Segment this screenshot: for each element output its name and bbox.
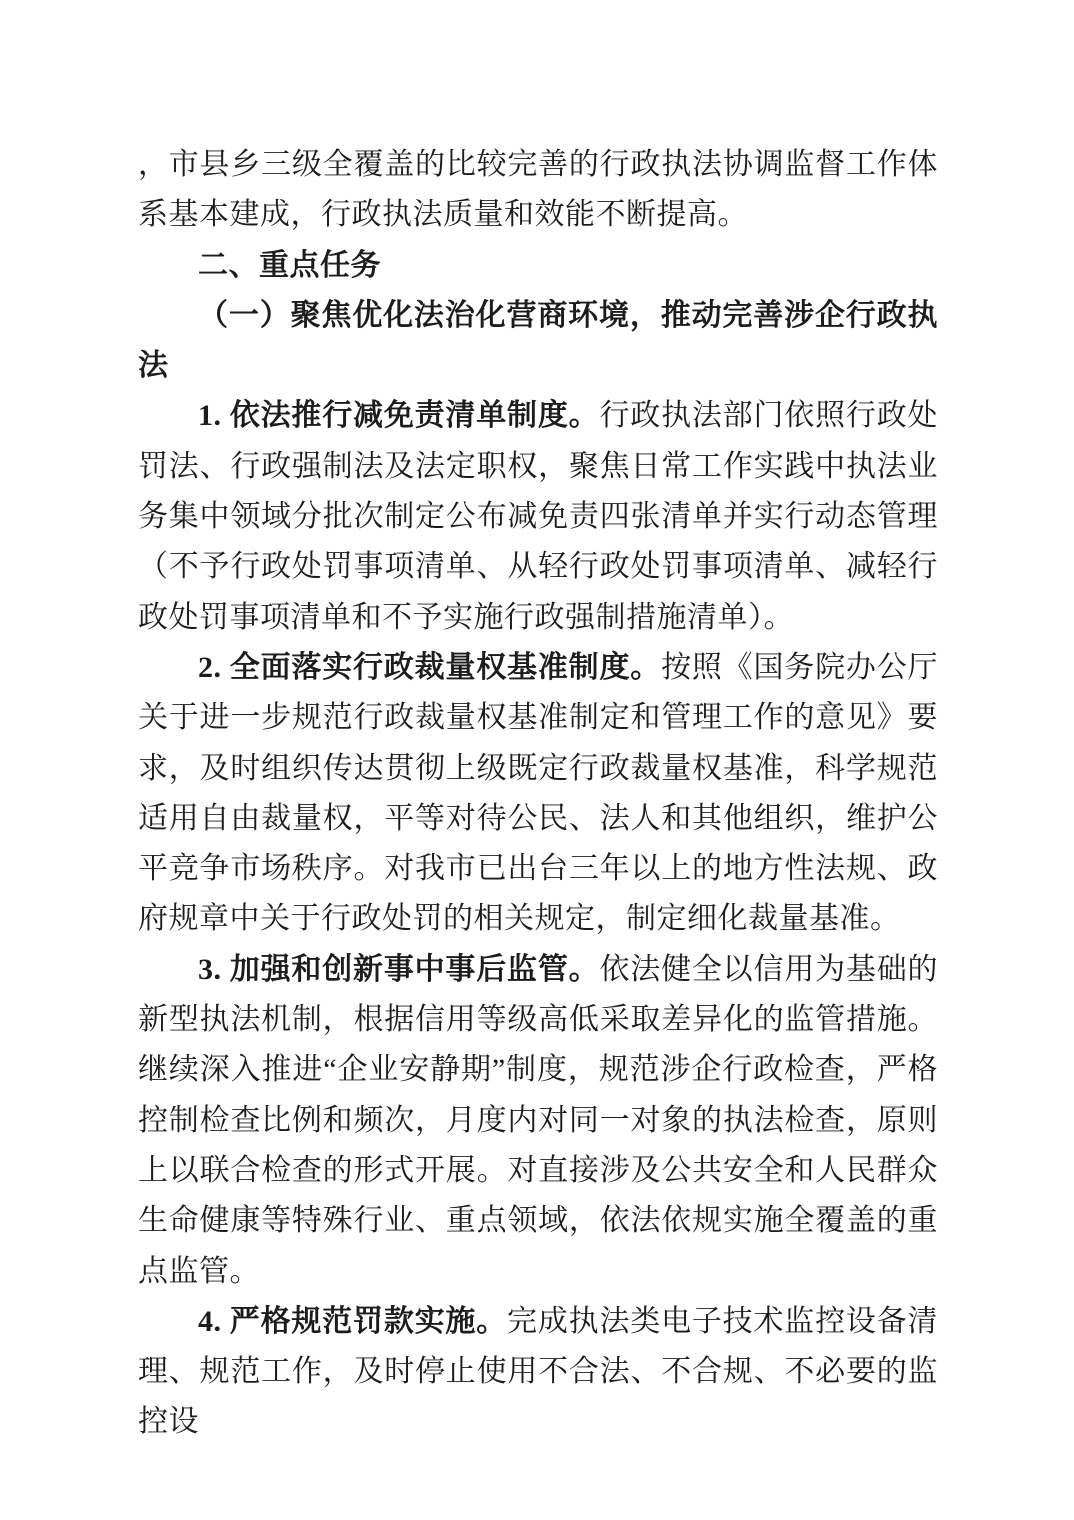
section-heading: 二、重点任务: [138, 241, 938, 291]
numbered-item-4: 4. 严格规范罚款实施。完成执法类电子技术监控设备清理、规范工作，及时停止使用不…: [138, 1297, 938, 1448]
numbered-item-3: 3. 加强和创新事中事后监管。依法健全以信用为基础的新型执法机制，根据信用等级高…: [138, 945, 938, 1297]
document-page: ，市县乡三级全覆盖的比较完善的行政执法协调监督工作体系基本建成，行政执法质量和效…: [0, 0, 1074, 1520]
document-content: ，市县乡三级全覆盖的比较完善的行政执法协调监督工作体系基本建成，行政执法质量和效…: [138, 140, 938, 1448]
numbered-item-3-lead: 3. 加强和创新事中事后监管。: [198, 953, 599, 986]
numbered-item-2-lead: 2. 全面落实行政裁量权基准制度。: [198, 651, 661, 684]
numbered-item-1: 1. 依法推行减免责清单制度。行政执法部门依照行政处罚法、行政强制法及法定职权，…: [138, 391, 938, 642]
numbered-item-4-lead: 4. 严格规范罚款实施。: [198, 1305, 507, 1338]
paragraph-continuation: ，市县乡三级全覆盖的比较完善的行政执法协调监督工作体系基本建成，行政执法质量和效…: [138, 140, 938, 241]
numbered-item-1-lead: 1. 依法推行减免责清单制度。: [198, 399, 599, 432]
numbered-item-1-body: 行政执法部门依照行政处罚法、行政强制法及法定职权，聚焦日常工作实践中执法业务集中…: [138, 399, 938, 633]
numbered-item-3-body: 依法健全以信用为基础的新型执法机制，根据信用等级高低采取差异化的监管措施。继续深…: [138, 953, 938, 1288]
subsection-heading: （一）聚焦优化法治化营商环境，推动完善涉企行政执法: [138, 291, 938, 392]
numbered-item-2: 2. 全面落实行政裁量权基准制度。按照《国务院办公厅关于进一步规范行政裁量权基准…: [138, 643, 938, 945]
numbered-item-2-body: 按照《国务院办公厅关于进一步规范行政裁量权基准制定和管理工作的意见》要求，及时组…: [138, 651, 938, 935]
